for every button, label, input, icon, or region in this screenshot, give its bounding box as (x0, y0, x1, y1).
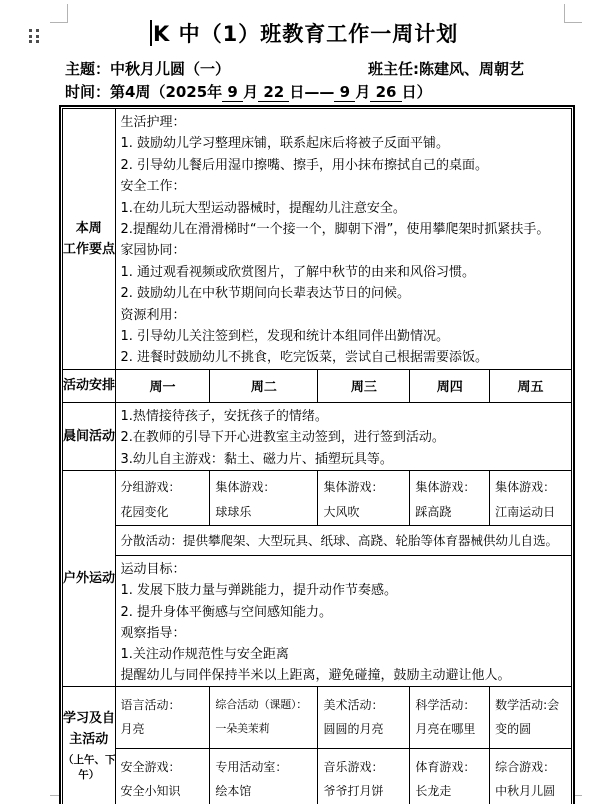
day-header-friday[interactable]: 周五 (490, 369, 572, 402)
learning-pm-thursday[interactable]: 体育游戏： 长龙走 (410, 749, 490, 804)
document-page: { "header": { "title": "K 中（1）班教育工作一周计划"… (0, 0, 604, 804)
learning-am-wednesday[interactable]: 美术活动： 圆圆的月亮 (318, 687, 410, 749)
crop-mark-top-right-v (564, 4, 565, 23)
day-header-monday[interactable]: 周一 (115, 369, 210, 402)
time-day2-field[interactable]: 26 (370, 83, 401, 102)
outdoor-game-friday[interactable]: 集体游戏： 江南运动日 (490, 471, 572, 526)
learning-am-tuesday[interactable]: 综合活动（课题）： 一朵美茉莉 (210, 687, 318, 749)
outdoor-game-tuesday[interactable]: 集体游戏： 球球乐 (210, 471, 318, 526)
crop-mark-top-left-h (50, 22, 68, 23)
day-header-thursday[interactable]: 周四 (410, 369, 490, 402)
time-prefix: 时间：第4周（2025年 (65, 83, 222, 101)
row-label-learning-activity[interactable]: 学习及自 主活动（上午、下 午） (63, 687, 116, 804)
learning-label-main: 学习及自 主活动 (63, 708, 115, 750)
weekly-plan-table: 本周 工作要点 生活护理： 1. 鼓励幼儿学习整理床铺，联系起床后将被子反面平铺… (59, 105, 575, 804)
homeroom-teacher-label[interactable]: 班主任:陈建风、周朝艺 (368, 58, 524, 79)
learning-pm-monday[interactable]: 安全游戏： 安全小知识 (115, 749, 210, 804)
crop-mark-top-right-h (564, 22, 582, 23)
time-day1-field[interactable]: 22 (258, 83, 289, 102)
table-drag-handle-icon[interactable] (29, 29, 45, 45)
learning-label-sub: （上午、下 午） (63, 753, 115, 783)
day-header-tuesday[interactable]: 周二 (210, 369, 318, 402)
learning-am-thursday[interactable]: 科学活动： 月亮在哪里 (410, 687, 490, 749)
time-month1-field[interactable]: 9 (222, 83, 243, 102)
learning-am-monday[interactable]: 语言活动： 月亮 (115, 687, 210, 749)
outdoor-goals-content[interactable]: 运动目标： 1. 发展下肢力量与弹跳能力，提升动作节奏感。 2. 提升身体平衡感… (115, 556, 572, 687)
time-label[interactable]: 时间：第4周（2025年 9 月 22 日—— 9 月 26 日） (65, 81, 432, 102)
morning-activity-content[interactable]: 1.热情接待孩子，安抚孩子的情绪。 2.在教师的引导下开心进教室主动签到，进行签… (115, 402, 572, 470)
learning-pm-friday[interactable]: 综合游戏： 中秋月儿圆 (490, 749, 572, 804)
time-text: 日—— (289, 83, 334, 101)
outdoor-game-wednesday[interactable]: 集体游戏： 大风吹 (318, 471, 410, 526)
theme-label[interactable]: 主题：中秋月儿圆（一） (65, 58, 230, 79)
page-title[interactable]: K 中（1）班教育工作一周计划 (153, 18, 458, 48)
crop-mark-top-left-v (67, 4, 68, 23)
time-text: 月 (243, 83, 258, 101)
outdoor-game-thursday[interactable]: 集体游戏： 踩高跷 (410, 471, 490, 526)
learning-pm-wednesday[interactable]: 音乐游戏： 爷爷打月饼 (318, 749, 410, 804)
row-label-outdoor-sports[interactable]: 户外运动 (63, 471, 116, 687)
learning-am-friday[interactable]: 数学活动:会 变的圆 (490, 687, 572, 749)
time-text: 月 (355, 83, 370, 101)
time-suffix: 日） (402, 83, 432, 101)
day-header-wednesday[interactable]: 周三 (318, 369, 410, 402)
row-label-weekly-focus[interactable]: 本周 工作要点 (63, 109, 116, 370)
text-cursor (150, 20, 152, 46)
row-label-schedule[interactable]: 活动安排 (63, 369, 116, 402)
learning-pm-tuesday[interactable]: 专用活动室： 绘本馆 (210, 749, 318, 804)
weekly-focus-content[interactable]: 生活护理： 1. 鼓励幼儿学习整理床铺，联系起床后将被子反面平铺。 2. 引导幼… (115, 109, 572, 370)
row-label-morning-activity[interactable]: 晨间活动 (63, 402, 116, 470)
time-month2-field[interactable]: 9 (334, 83, 355, 102)
scatter-activity-content[interactable]: 分散活动：提供攀爬架、大型玩具、纸球、高跷、轮胎等体育器械供幼儿自选。 (115, 526, 572, 556)
outdoor-game-monday[interactable]: 分组游戏： 花园变化 (115, 471, 210, 526)
